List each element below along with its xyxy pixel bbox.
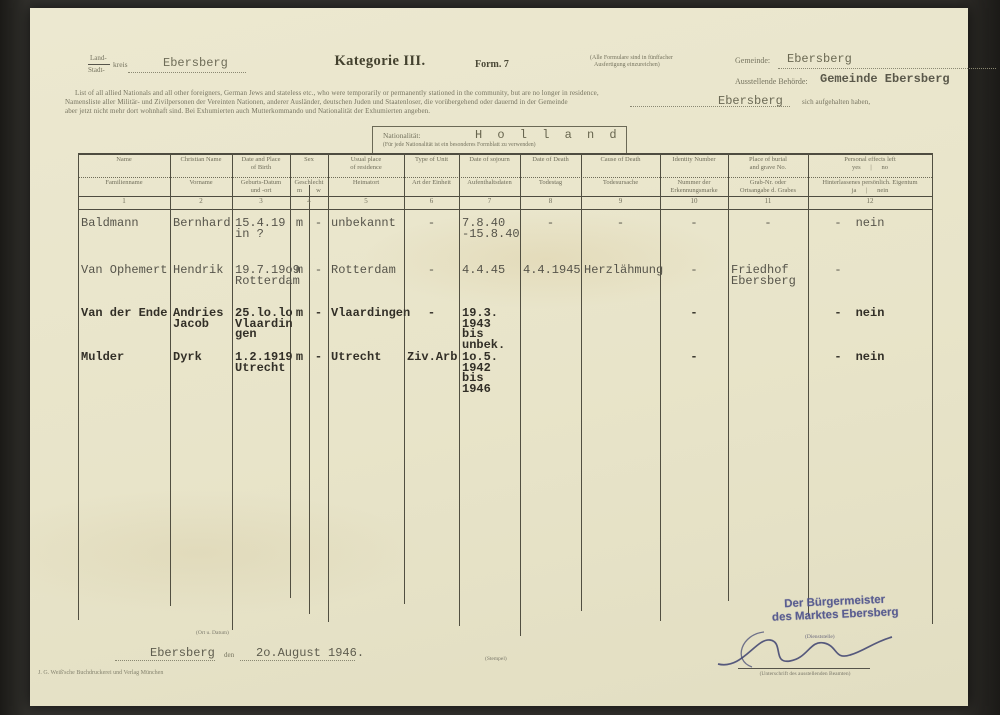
header-de-sojourn: Aufenthaltsdaten <box>459 179 520 187</box>
row1-cell-sex_m: m <box>290 218 309 229</box>
row1-cell-burial: - <box>728 218 808 229</box>
header-en-death: Date of Death <box>520 156 581 164</box>
row3-cell-birth: 25.lo.lo Vlaardin gen <box>235 308 293 340</box>
header-num-sex: 4 <box>290 198 328 206</box>
row4-cell-sojourn: 1o.5. 1942 bis 1946 <box>462 352 523 394</box>
stempel-label: (Stempel) <box>485 656 507 662</box>
signature-caption: (Unterschrift des ausstellenden Beamten) <box>735 671 875 677</box>
header-num-name: 1 <box>78 198 170 206</box>
row1-cell-name: Baldmann <box>81 218 173 229</box>
header-de-birth: und -ort <box>232 187 290 195</box>
header-de-birth: Geburts-Datum <box>232 179 290 187</box>
den-label: den <box>224 651 234 659</box>
row4-cell-vorname: Dyrk <box>173 352 235 363</box>
row1-cell-unit: - <box>404 218 459 229</box>
header-en-unit: Type of Unit <box>404 156 459 164</box>
footer-date: 2o.August 1946. <box>256 648 364 659</box>
row1-cell-vorname: Bernhard <box>173 218 235 229</box>
table-column-line <box>459 153 460 626</box>
ort-datum-label: (Ort u. Datum) <box>196 630 229 636</box>
place-dotted-line <box>115 660 215 661</box>
table-column-line <box>309 185 310 614</box>
header-de-burial: Ortsangabe d. Grabes <box>728 187 808 195</box>
header-num-birth: 3 <box>232 198 290 206</box>
row1-cell-identity: - <box>660 218 728 229</box>
printer-imprint: J. G. Weiß'sche Buchdruckerei und Verlag… <box>38 670 163 676</box>
header-sub-sex-m: m <box>290 187 309 195</box>
header-de-unit: Art der Einheit <box>404 179 459 187</box>
header-num-cause: 9 <box>581 198 660 206</box>
header-en-vorname: Christian Name <box>170 156 232 164</box>
header-en-sojourn: Date of sojourn <box>459 156 520 164</box>
row4-cell-identity: - <box>660 352 728 363</box>
row3-cell-sex_m: m <box>290 308 309 319</box>
header-en-residence: Usual place <box>328 156 404 164</box>
header-num-identity: 10 <box>660 198 728 206</box>
row1-cell-sojourn: 7.8.40 -15.8.40 <box>462 218 523 239</box>
row4-cell-unit: Ziv.Arb <box>407 352 462 363</box>
row1-cell-residence: unbekannt <box>331 218 407 229</box>
header-en-burial: and grave No. <box>728 164 808 172</box>
row2-cell-name: Van Ophemert <box>81 265 173 276</box>
table-column-line <box>78 153 79 620</box>
row4-cell-name: Mulder <box>81 352 173 363</box>
header-num-unit: 6 <box>404 198 459 206</box>
date-dotted-line <box>240 660 355 661</box>
row4-cell-sex_w: - <box>309 352 328 363</box>
row2-cell-sex_m: m <box>290 265 309 276</box>
row4-cell-birth: 1.2.1919 Utrecht <box>235 352 293 373</box>
header-de-identity: Erkennungsmarke <box>660 187 728 195</box>
row2-cell-birth: 19.7.19o9 Rotterdam <box>235 265 293 286</box>
header-en-birth: Date and Place <box>232 156 290 164</box>
row3-cell-residence: Vlaardingen <box>331 308 407 319</box>
row2-cell-identity: - <box>660 265 728 276</box>
row2-cell-eff_ja: - <box>808 265 868 276</box>
footer-place: Ebersberg <box>150 648 215 659</box>
header-num-effects: 12 <box>808 198 932 206</box>
row1-cell-cause: - <box>581 218 660 229</box>
table-column-line <box>328 153 329 622</box>
row4-cell-sex_m: m <box>290 352 309 363</box>
row3-cell-sojourn: 19.3. 1943 bis unbek. <box>462 308 523 350</box>
header-de-effects: ja | nein <box>808 187 932 195</box>
row3-cell-sex_w: - <box>309 308 328 319</box>
document-page: Land- Stadt- kreis Ebersberg Kategorie I… <box>30 8 968 706</box>
row3-cell-identity: - <box>660 308 728 319</box>
row4-cell-eff_nein: nein <box>828 352 912 363</box>
header-de-identity: Nummer der <box>660 179 728 187</box>
header-en-cause: Cause of Death <box>581 156 660 164</box>
header-de-effects: Hinterlassenes persönlich. Eigentum <box>808 179 932 187</box>
table-header-bottomline <box>78 209 932 210</box>
header-en-identity: Identity Number <box>660 156 728 164</box>
row2-cell-vorname: Hendrik <box>173 265 235 276</box>
header-num-burial: 11 <box>728 198 808 206</box>
row1-cell-death: - <box>520 218 581 229</box>
table-header-divider <box>78 177 932 178</box>
header-en-effects: Personal effects left <box>808 156 932 164</box>
header-de-name: Familienname <box>78 179 170 187</box>
row3-cell-eff_nein: nein <box>828 308 912 319</box>
table-header-midline <box>78 196 932 197</box>
row2-cell-unit: - <box>404 265 459 276</box>
row2-cell-sex_w: - <box>309 265 328 276</box>
row4-cell-residence: Utrecht <box>331 352 407 363</box>
row1-cell-eff_nein: nein <box>828 218 912 229</box>
row2-cell-cause: Herzlähmung <box>584 265 663 276</box>
header-de-residence: Heimatort <box>328 179 404 187</box>
header-num-vorname: 2 <box>170 198 232 206</box>
row3-cell-vorname: Andries Jacob <box>173 308 235 329</box>
header-en-birth: of Birth <box>232 164 290 172</box>
row2-cell-sojourn: 4.4.45 <box>462 265 523 276</box>
signature-line <box>738 668 870 669</box>
header-en-effects: yes | no <box>808 164 932 172</box>
row2-cell-residence: Rotterdam <box>331 265 407 276</box>
row3-cell-name: Van der Ende <box>81 308 173 319</box>
row2-cell-death: 4.4.1945 <box>523 265 584 276</box>
header-num-sojourn: 7 <box>459 198 520 206</box>
header-de-sex: Geschlecht <box>290 179 328 187</box>
header-num-residence: 5 <box>328 198 404 206</box>
header-de-cause: Todesursache <box>581 179 660 187</box>
header-de-vorname: Vorname <box>170 179 232 187</box>
table-column-line <box>932 153 933 624</box>
row1-cell-sex_w: - <box>309 218 328 229</box>
header-en-burial: Place of burial <box>728 156 808 164</box>
row2-cell-burial: Friedhof Ebersberg <box>731 265 811 286</box>
header-en-name: Name <box>78 156 170 164</box>
header-en-residence: of residence <box>328 164 404 172</box>
header-sub-sex-w: w <box>309 187 328 195</box>
header-de-death: Todestag <box>520 179 581 187</box>
table-top-border <box>78 153 932 155</box>
row1-cell-birth: 15.4.19 in ? <box>235 218 293 239</box>
header-en-sex: Sex <box>290 156 328 164</box>
header-num-death: 8 <box>520 198 581 206</box>
signature <box>712 620 897 672</box>
row3-cell-unit: - <box>404 308 459 319</box>
header-de-burial: Grab-Nr. oder <box>728 179 808 187</box>
